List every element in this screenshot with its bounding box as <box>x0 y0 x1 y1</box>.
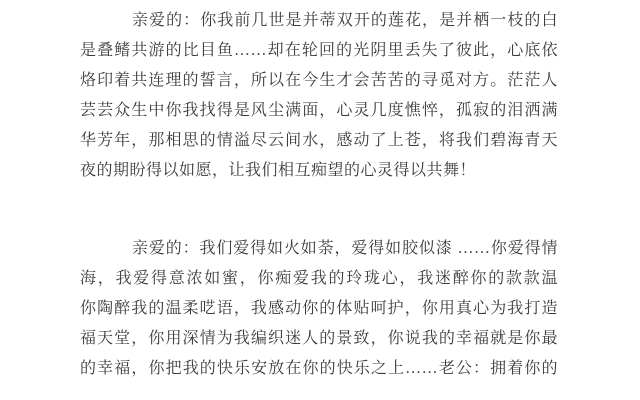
letter-line: 的幸福，你把我的快乐安放在你的快乐之上……老公：拥着你的爱， <box>80 354 558 384</box>
letter-line: 夜的期盼得以如愿，让我们相互痴望的心灵得以共舞！ <box>80 156 558 186</box>
letter-line: 海，我爱得意浓如蜜，你痴爱我的玲珑心，我迷醉你的款款温情， <box>80 264 558 294</box>
letter-line: 亲爱的：我们爱得如火如荼，爱得如胶似漆 ……你爱得情深似 <box>80 234 558 264</box>
letter-line: 你陶醉我的温柔呓语，我感动你的体贴呵护，你用真心为我打造幸 <box>80 294 558 324</box>
letter-line: 烙印着共连理的誓言，所以在今生才会苦苦的寻觅对方。茫茫人海， <box>80 66 558 96</box>
letter-paragraph-2: 亲爱的：我们爱得如火如荼，爱得如胶似漆 ……你爱得情深似 海，我爱得意浓如蜜，你… <box>80 234 558 384</box>
letter-line: 福天堂，你用深情为我编织迷人的景致，你说我的幸福就是你最大 <box>80 324 558 354</box>
letter-line: 是叠鳍共游的比目鱼……却在轮回的光阴里丢失了彼此，心底依旧 <box>80 36 558 66</box>
letter-line: 芸芸众生中你我找得是风尘满面，心灵几度憔悴，孤寂的泪洒满瑶 <box>80 96 558 126</box>
letter-line: 华芳年，那相思的情溢尽云间水，感动了上苍，将我们碧海青天夜 <box>80 126 558 156</box>
document-page: 亲爱的：你我前几世是并蒂双开的莲花，是并栖一枝的白鸹鸟， 是叠鳍共游的比目鱼……… <box>0 0 640 400</box>
letter-line: 亲爱的：你我前几世是并蒂双开的莲花，是并栖一枝的白鸹鸟， <box>80 6 558 36</box>
letter-paragraph-1: 亲爱的：你我前几世是并蒂双开的莲花，是并栖一枝的白鸹鸟， 是叠鳍共游的比目鱼……… <box>80 6 558 186</box>
letter-body: 亲爱的：你我前几世是并蒂双开的莲花，是并栖一枝的白鸹鸟， 是叠鳍共游的比目鱼……… <box>80 6 558 384</box>
